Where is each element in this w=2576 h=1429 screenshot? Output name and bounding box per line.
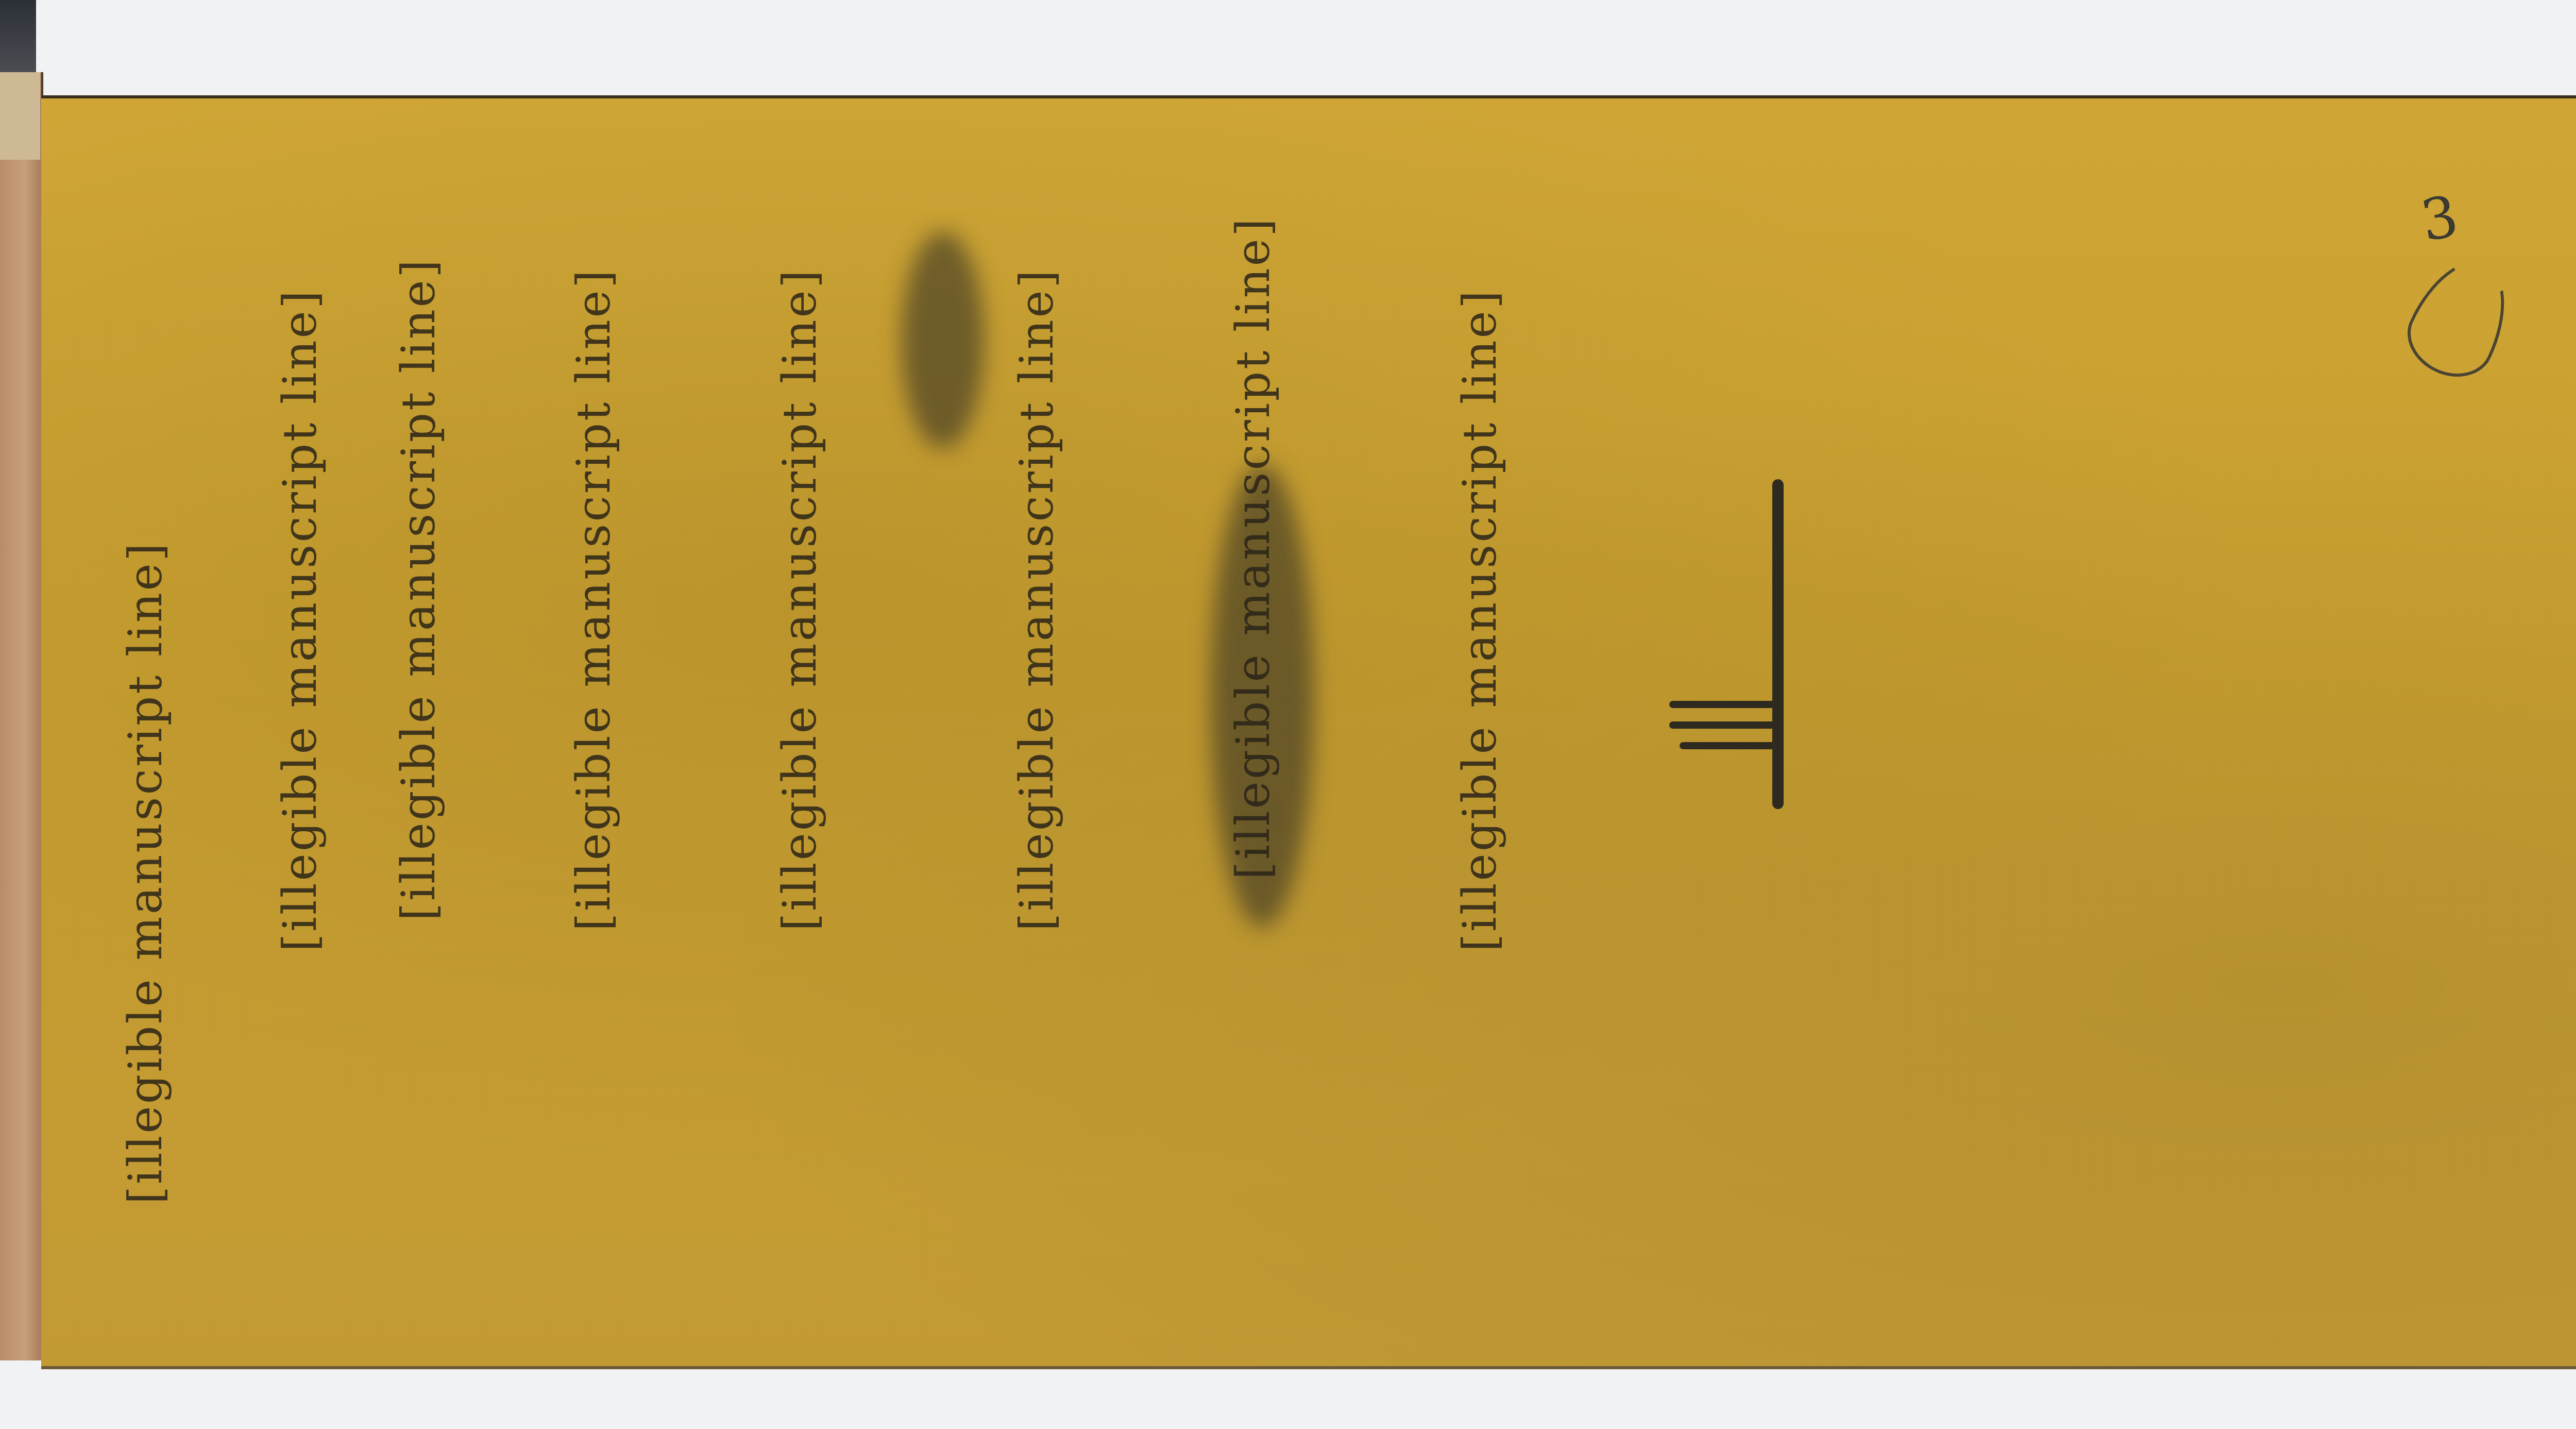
monogram-bar xyxy=(1669,721,1777,729)
text-column: [illegible manuscript line] xyxy=(1453,289,1507,952)
monogram-stem xyxy=(1772,479,1784,809)
text-column: [illegible manuscript line] xyxy=(1010,268,1064,931)
monogram-bar xyxy=(1680,742,1777,749)
text-column: [illegible manuscript line] xyxy=(773,268,827,931)
ink-smudge xyxy=(902,232,984,448)
text-column: [illegible manuscript line] xyxy=(118,541,173,1204)
binding-tab xyxy=(0,72,40,160)
spine-corner xyxy=(0,0,36,72)
text-column: [illegible manuscript line] xyxy=(567,268,621,931)
monogram-bar xyxy=(1669,701,1777,708)
text-column: [illegible manuscript line] xyxy=(392,258,446,921)
binding-strip xyxy=(0,72,43,1360)
text-column: [illegible manuscript line] xyxy=(273,289,327,952)
text-column: [illegible manuscript line] xyxy=(1226,216,1280,880)
